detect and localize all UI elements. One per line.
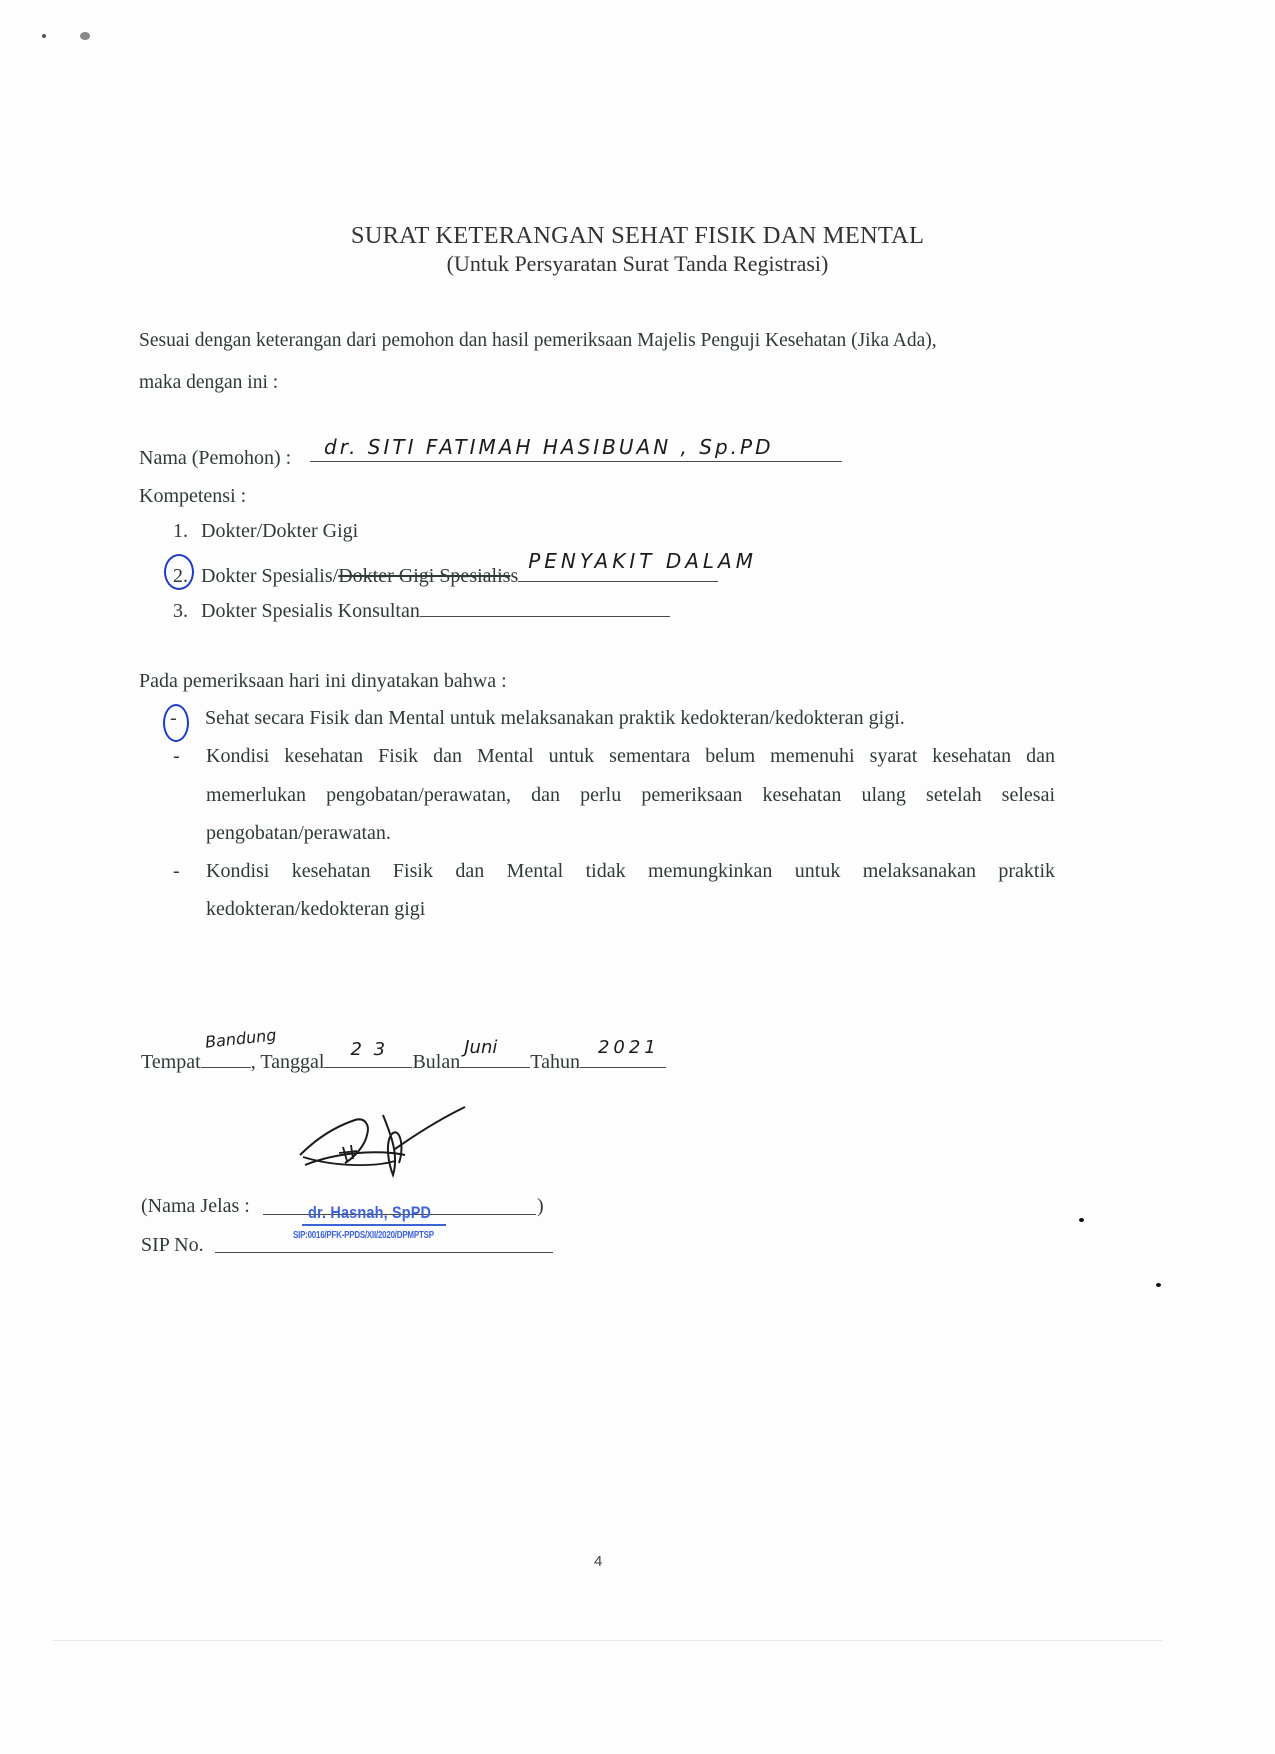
signature-name-close: ) — [537, 1196, 544, 1216]
year-value: 2021 — [598, 1039, 660, 1057]
day-value: 2 3 — [350, 1041, 388, 1059]
scan-speck — [80, 32, 90, 40]
competence-number: 1. — [173, 520, 188, 542]
finding-bullet: - — [170, 708, 177, 728]
sip-label: SIP No. — [141, 1235, 204, 1255]
place-value: Bandung — [204, 1027, 277, 1050]
scan-speck — [42, 34, 46, 38]
competence-text: Dokter Spesialis/ — [201, 565, 338, 587]
year-label: Tahun — [530, 1051, 580, 1073]
document-title: SURAT KETERANGAN SEHAT FISIK DAN MENTAL — [0, 222, 1275, 250]
page-number: 4 — [594, 1553, 602, 1570]
specialty-value: PENYAKIT DALAM — [528, 551, 757, 571]
competence-number: 3. — [173, 600, 188, 622]
finding-bullet: - — [173, 746, 180, 766]
month-field[interactable]: Juni — [460, 1047, 530, 1068]
finding-item-1[interactable]: Sehat secara Fisik dan Mental untuk mela… — [205, 708, 905, 728]
finding-item-3-line-2: kedokteran/kedokteran gigi — [206, 899, 425, 919]
place-label: Tempat — [141, 1051, 201, 1073]
place-field[interactable]: Bandung — [201, 1047, 251, 1068]
competence-text: Dokter/Dokter Gigi — [201, 520, 358, 542]
intro-line-2: maka dengan ini : — [139, 373, 278, 393]
competence-item-1[interactable]: 1. Dokter/Dokter Gigi — [173, 521, 358, 541]
applicant-label: Nama (Pemohon) : — [139, 448, 291, 468]
month-value: Juni — [464, 1039, 497, 1057]
finding-item-2-line-3: pengobatan/perawatan. — [206, 823, 391, 843]
date-line: TempatBandung, Tanggal2 3BulanJuniTahun2… — [141, 1047, 666, 1072]
finding-bullet: - — [173, 861, 180, 881]
findings-label: Pada pemeriksaan hari ini dinyatakan bah… — [139, 671, 507, 691]
scan-speck — [1156, 1283, 1161, 1287]
specialty-field[interactable]: PENYAKIT DALAM — [518, 561, 718, 582]
competence-number: 2. — [173, 565, 188, 587]
competence-suffix: s — [510, 565, 518, 587]
stamp-name: dr. Hasnah, SpPD — [308, 1203, 431, 1223]
day-field[interactable]: 2 3 — [324, 1047, 412, 1068]
date-label: , Tanggal — [251, 1051, 325, 1073]
document-subtitle: (Untuk Persyaratan Surat Tanda Registras… — [0, 251, 1275, 277]
finding-item-3-line-1[interactable]: Kondisi kesehatan Fisik dan Mental tidak… — [206, 861, 1055, 881]
intro-line-1: Sesuai dengan keterangan dari pemohon da… — [139, 331, 937, 351]
month-label: Bulan — [412, 1051, 460, 1073]
competence-item-2[interactable]: 2. Dokter Spesialis/Dokter Gigi Spesiali… — [173, 561, 718, 586]
finding-item-2-line-2: memerlukan pengobatan/perawatan, dan per… — [206, 785, 1055, 805]
scan-speck — [1079, 1218, 1084, 1222]
finding-item-2-line-1[interactable]: Kondisi kesehatan Fisik dan Mental untuk… — [206, 746, 1055, 766]
consultant-field[interactable] — [420, 596, 670, 617]
applicant-name-field[interactable]: dr. SITI FATIMAH HASIBUAN , Sp.PD — [310, 433, 842, 462]
sip-field[interactable] — [215, 1240, 553, 1253]
scan-fold-line — [52, 1640, 1162, 1641]
competence-label: Kompetensi : — [139, 486, 246, 506]
stamp-underline — [302, 1224, 446, 1226]
competence-item-3[interactable]: 3. Dokter Spesialis Konsultan — [173, 596, 670, 621]
competence-struck-text: Dokter Gigi Spesialis — [338, 565, 510, 587]
competence-text: Dokter Spesialis Konsultan — [201, 600, 420, 622]
signature-icon — [295, 1105, 475, 1185]
year-field[interactable]: 2021 — [580, 1047, 666, 1068]
applicant-name-value: dr. SITI FATIMAH HASIBUAN , Sp.PD — [324, 435, 773, 459]
signature-name-label: (Nama Jelas : — [141, 1196, 250, 1216]
